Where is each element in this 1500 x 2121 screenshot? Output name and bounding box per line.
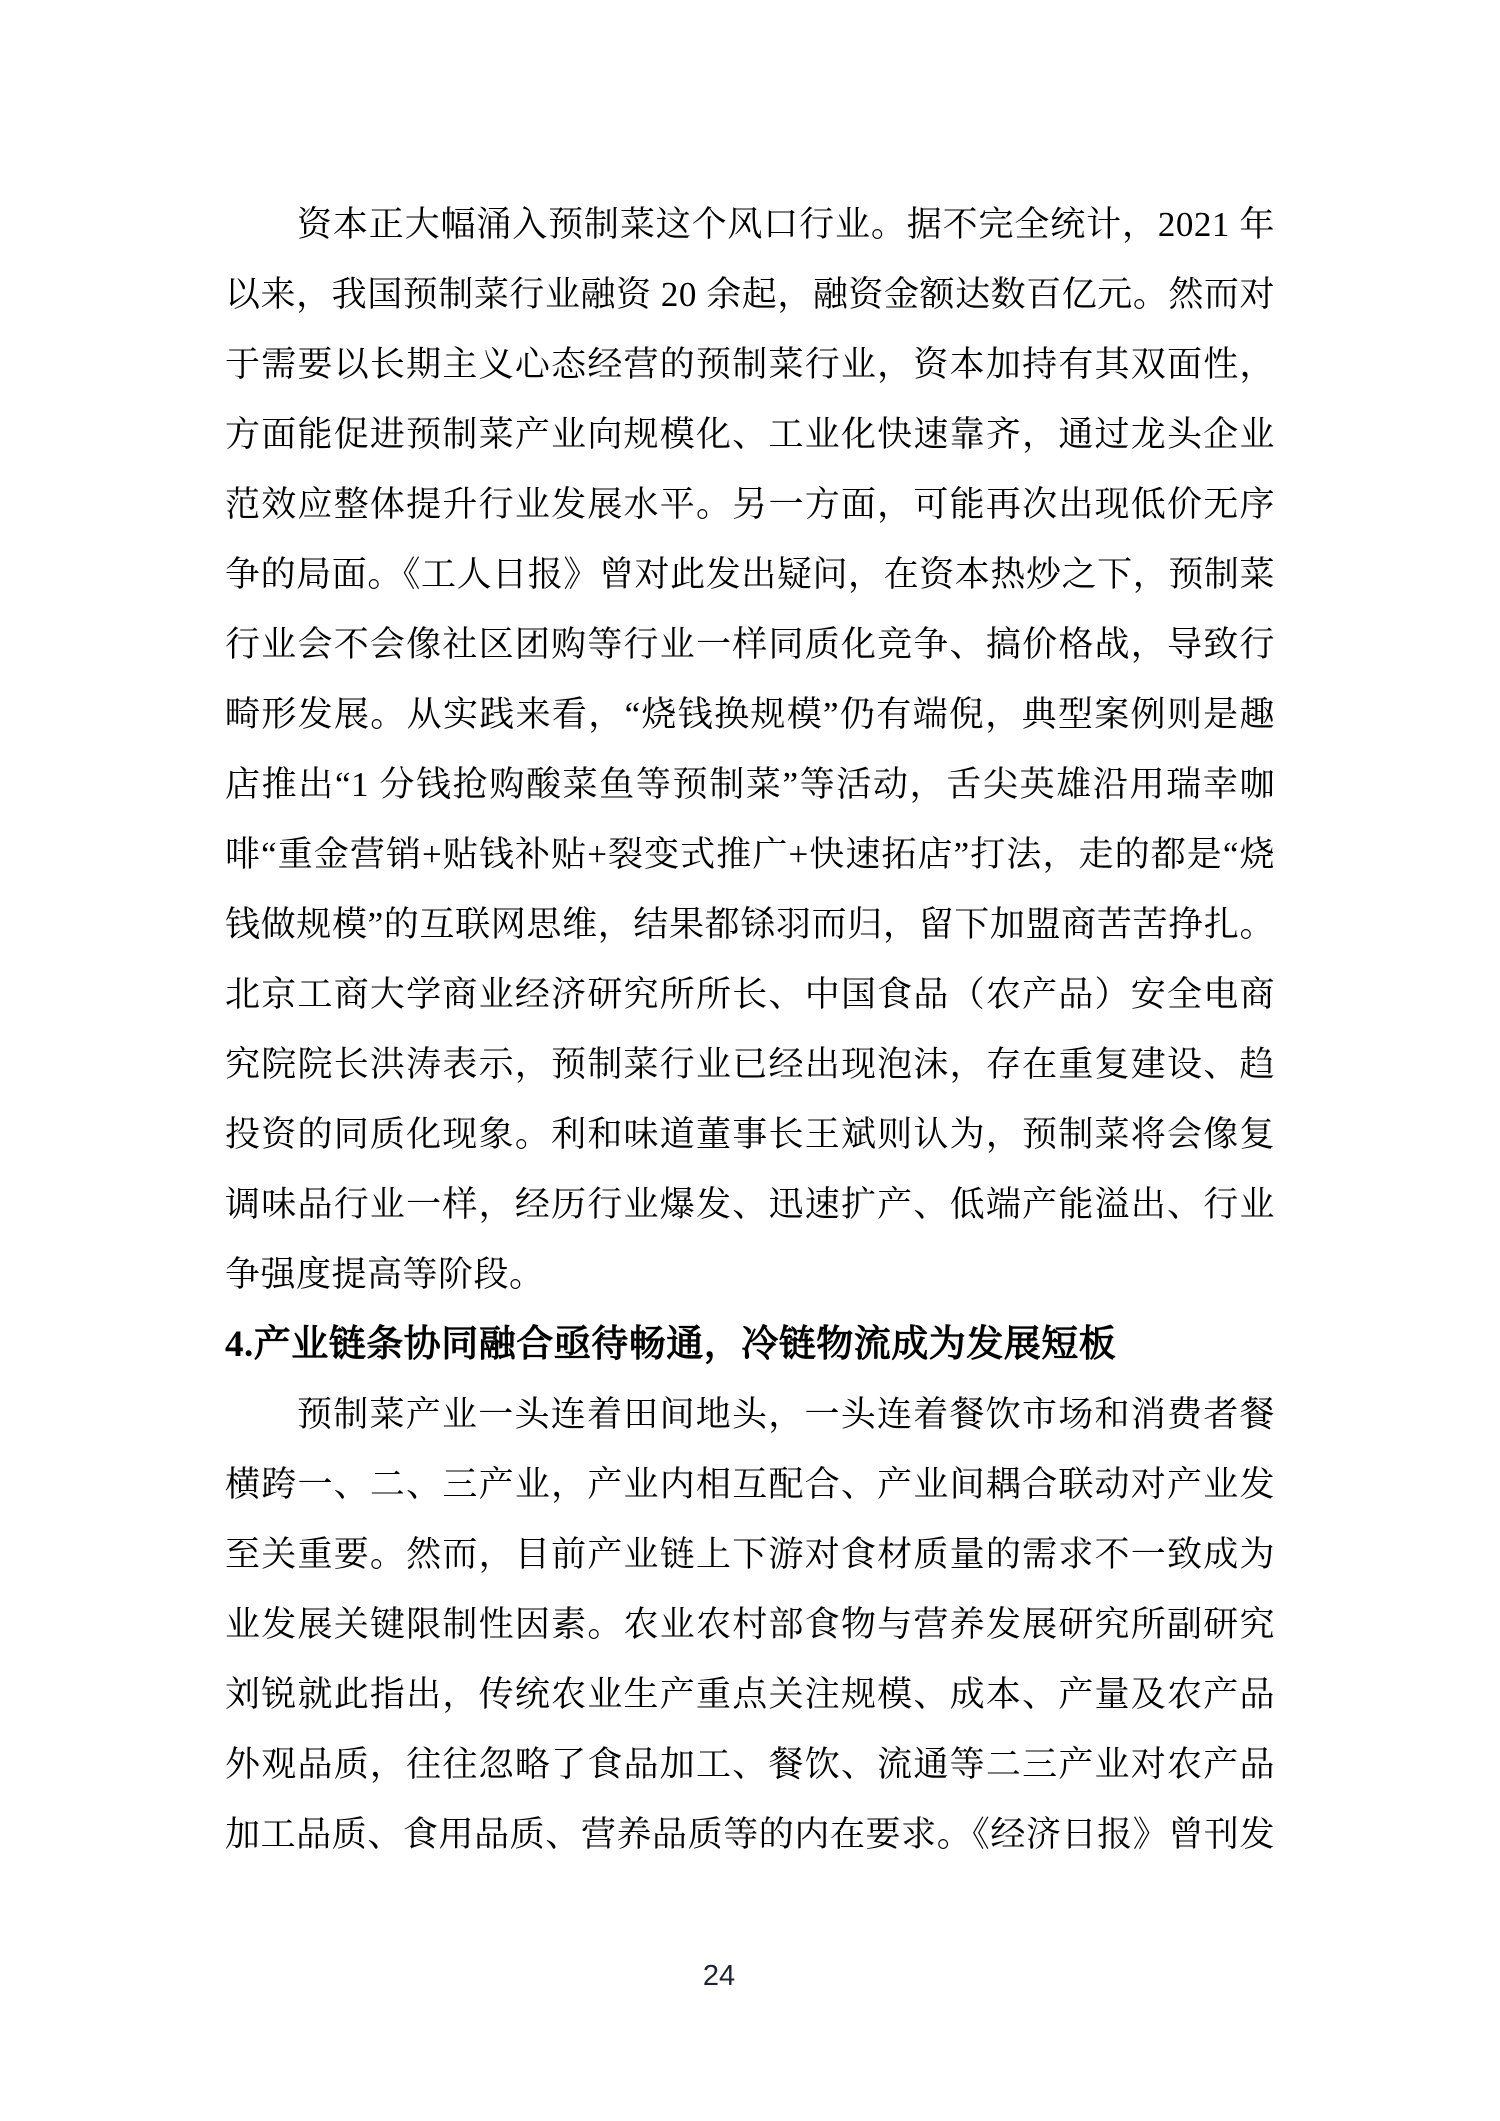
- text-line: 钱做规模”的互联网思维，结果都铩羽而归，留下加盟商苦苦挣扎。: [225, 890, 1275, 960]
- text-line: 刘锐就此指出，传统农业生产重点关注规模、成本、产量及农产品的: [225, 1660, 1275, 1730]
- text-line: 加工品质、食用品质、营养品质等的内在要求。《经济日报》曾刊发: [225, 1800, 1275, 1870]
- text-line: 至关重要。然而，目前产业链上下游对食材质量的需求不一致成为产: [225, 1520, 1275, 1590]
- text-line: 调味品行业一样，经历行业爆发、迅速扩产、低端产能溢出、行业竞: [225, 1170, 1275, 1240]
- text-line: 畸形发展。从实践来看，“烧钱换规模”仍有端倪，典型案例则是趣: [225, 680, 1275, 750]
- document-body: 资本正大幅涌入预制菜这个风口行业。据不完全统计，2021 年以来，我国预制菜行业…: [225, 190, 1275, 1870]
- text-line: 啡“重金营销+贴钱补贴+裂变式推广+快速拓店”打法，走的都是“烧: [225, 820, 1275, 890]
- text-line: 店推出“1 分钱抢购酸菜鱼等预制菜”等活动，舌尖英雄沿用瑞幸咖: [225, 750, 1275, 820]
- paragraph-industry-chain: 预制菜产业一头连着田间地头，一头连着餐饮市场和消费者餐桌，横跨一、二、三产业，产…: [225, 1380, 1275, 1870]
- document-page: 资本正大幅涌入预制菜这个风口行业。据不完全统计，2021 年以来，我国预制菜行业…: [0, 0, 1500, 2121]
- text-line: 争的局面。《工人日报》曾对此发出疑问，在资本热炒之下，预制菜: [225, 540, 1275, 610]
- text-line: 行业会不会像社区团购等行业一样同质化竞争、搞价格战，导致行业: [225, 610, 1275, 680]
- text-line: 投资的同质化现象。利和味道董事长王斌则认为，预制菜将会像复合: [225, 1100, 1275, 1170]
- text-line: 横跨一、二、三产业，产业内相互配合、产业间耦合联动对产业发展: [225, 1450, 1275, 1520]
- text-line: 外观品质，往往忽略了食品加工、餐饮、流通等二三产业对农产品的: [225, 1730, 1275, 1800]
- text-line: 业发展关键限制性因素。农业农村部食物与营养发展研究所副研究员: [225, 1590, 1275, 1660]
- page-number: 24: [0, 1960, 1438, 1993]
- text-line: 资本正大幅涌入预制菜这个风口行业。据不完全统计，2021 年: [225, 190, 1275, 260]
- paragraph-capital-influx: 资本正大幅涌入预制菜这个风口行业。据不完全统计，2021 年以来，我国预制菜行业…: [225, 190, 1275, 1310]
- text-line: 争强度提高等阶段。: [225, 1240, 1275, 1310]
- text-line: 以来，我国预制菜行业融资 20 余起，融资金额达数百亿元。然而对: [225, 260, 1275, 330]
- text-line: 预制菜产业一头连着田间地头，一头连着餐饮市场和消费者餐桌，: [225, 1380, 1275, 1450]
- text-line: 究院院长洪涛表示，预制菜行业已经出现泡沫，存在重复建设、趋同: [225, 1030, 1275, 1100]
- section-heading-4: 4.产业链条协同融合亟待畅通，冷链物流成为发展短板: [225, 1310, 1275, 1380]
- text-line: 方面能促进预制菜产业向规模化、工业化快速靠齐，通过龙头企业示: [225, 400, 1275, 470]
- text-line: 范效应整体提升行业发展水平。另一方面，可能再次出现低价无序竞: [225, 470, 1275, 540]
- text-line: 北京工商大学商业经济研究所所长、中国食品（农产品）安全电商研: [225, 960, 1275, 1030]
- text-line: 于需要以长期主义心态经营的预制菜行业，资本加持有其双面性，一: [225, 330, 1275, 400]
